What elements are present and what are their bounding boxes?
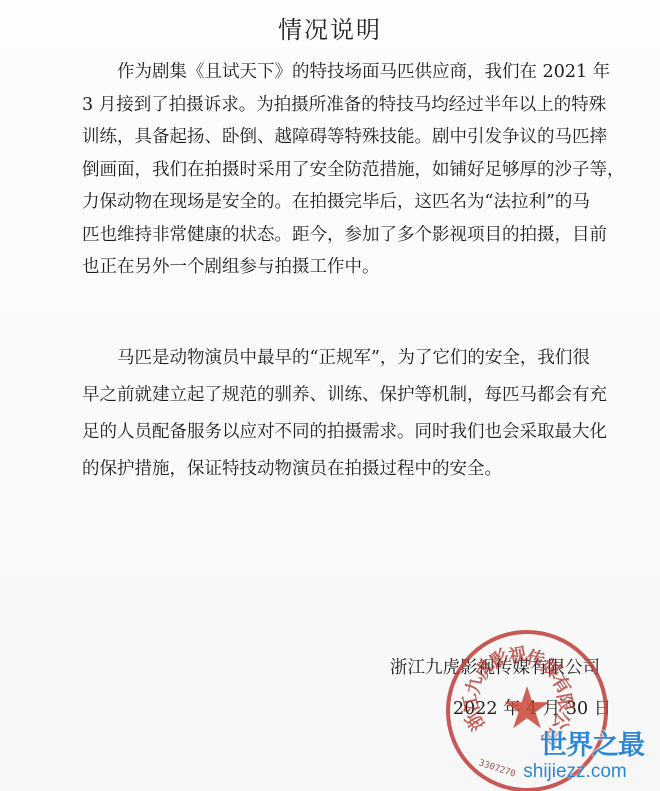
text-line: 倒画面，我们在拍摄时采用了安全防范措施，如铺好足够厚的沙子等， — [82, 154, 574, 187]
paragraph-1: 作为剧集《且试天下》的特技场面马匹供应商，我们在 2021 年 3 月接到了拍摄… — [82, 56, 574, 284]
star-icon: ★ — [501, 679, 553, 737]
text-line: 早之前就建立起了规范的驯养、训练、保护等机制，每匹马都会有充 — [82, 377, 574, 414]
text-line: 马匹是动物演员中最早的“正规军”，为了它们的安全，我们很 — [82, 340, 574, 377]
text-line: 足的人员配备服务以应对不同的拍摄需求。同时我们也会采取最大化 — [82, 414, 574, 451]
text-line: 力保动物在现场是安全的。在拍摄完毕后，这匹名为“法拉利”的马 — [82, 186, 574, 219]
watermark-url: shijiezz.com — [506, 762, 644, 782]
text-line: 也正在另外一个剧组参与拍摄工作中。 — [82, 251, 574, 284]
document-page: 情况说明 作为剧集《且试天下》的特技场面马匹供应商，我们在 2021 年 3 月… — [0, 0, 660, 791]
text-line: 作为剧集《且试天下》的特技场面马匹供应商，我们在 2021 年 — [82, 56, 574, 89]
text-line: 训练，具备起扬、卧倒、越障碍等特殊技能。剧中引发争议的马匹摔 — [82, 121, 574, 154]
text-line: 匹也维持非常健康的状态。距今，参加了多个影视项目的拍摄，目前 — [82, 219, 574, 252]
text-line: 3 月接到了拍摄诉求。为拍摄所准备的特技马均经过半年以上的特殊 — [82, 89, 574, 122]
watermark: 世界之最 shijiezz.com — [540, 730, 644, 782]
document-title: 情况说明 — [0, 10, 660, 45]
paragraph-2: 马匹是动物演员中最早的“正规军”，为了它们的安全，我们很 早之前就建立起了规范的… — [82, 340, 574, 488]
text-line: 的保护措施，保证特技动物演员在拍摄过程中的安全。 — [82, 451, 574, 488]
watermark-logo-text: 世界之最 — [540, 730, 644, 762]
